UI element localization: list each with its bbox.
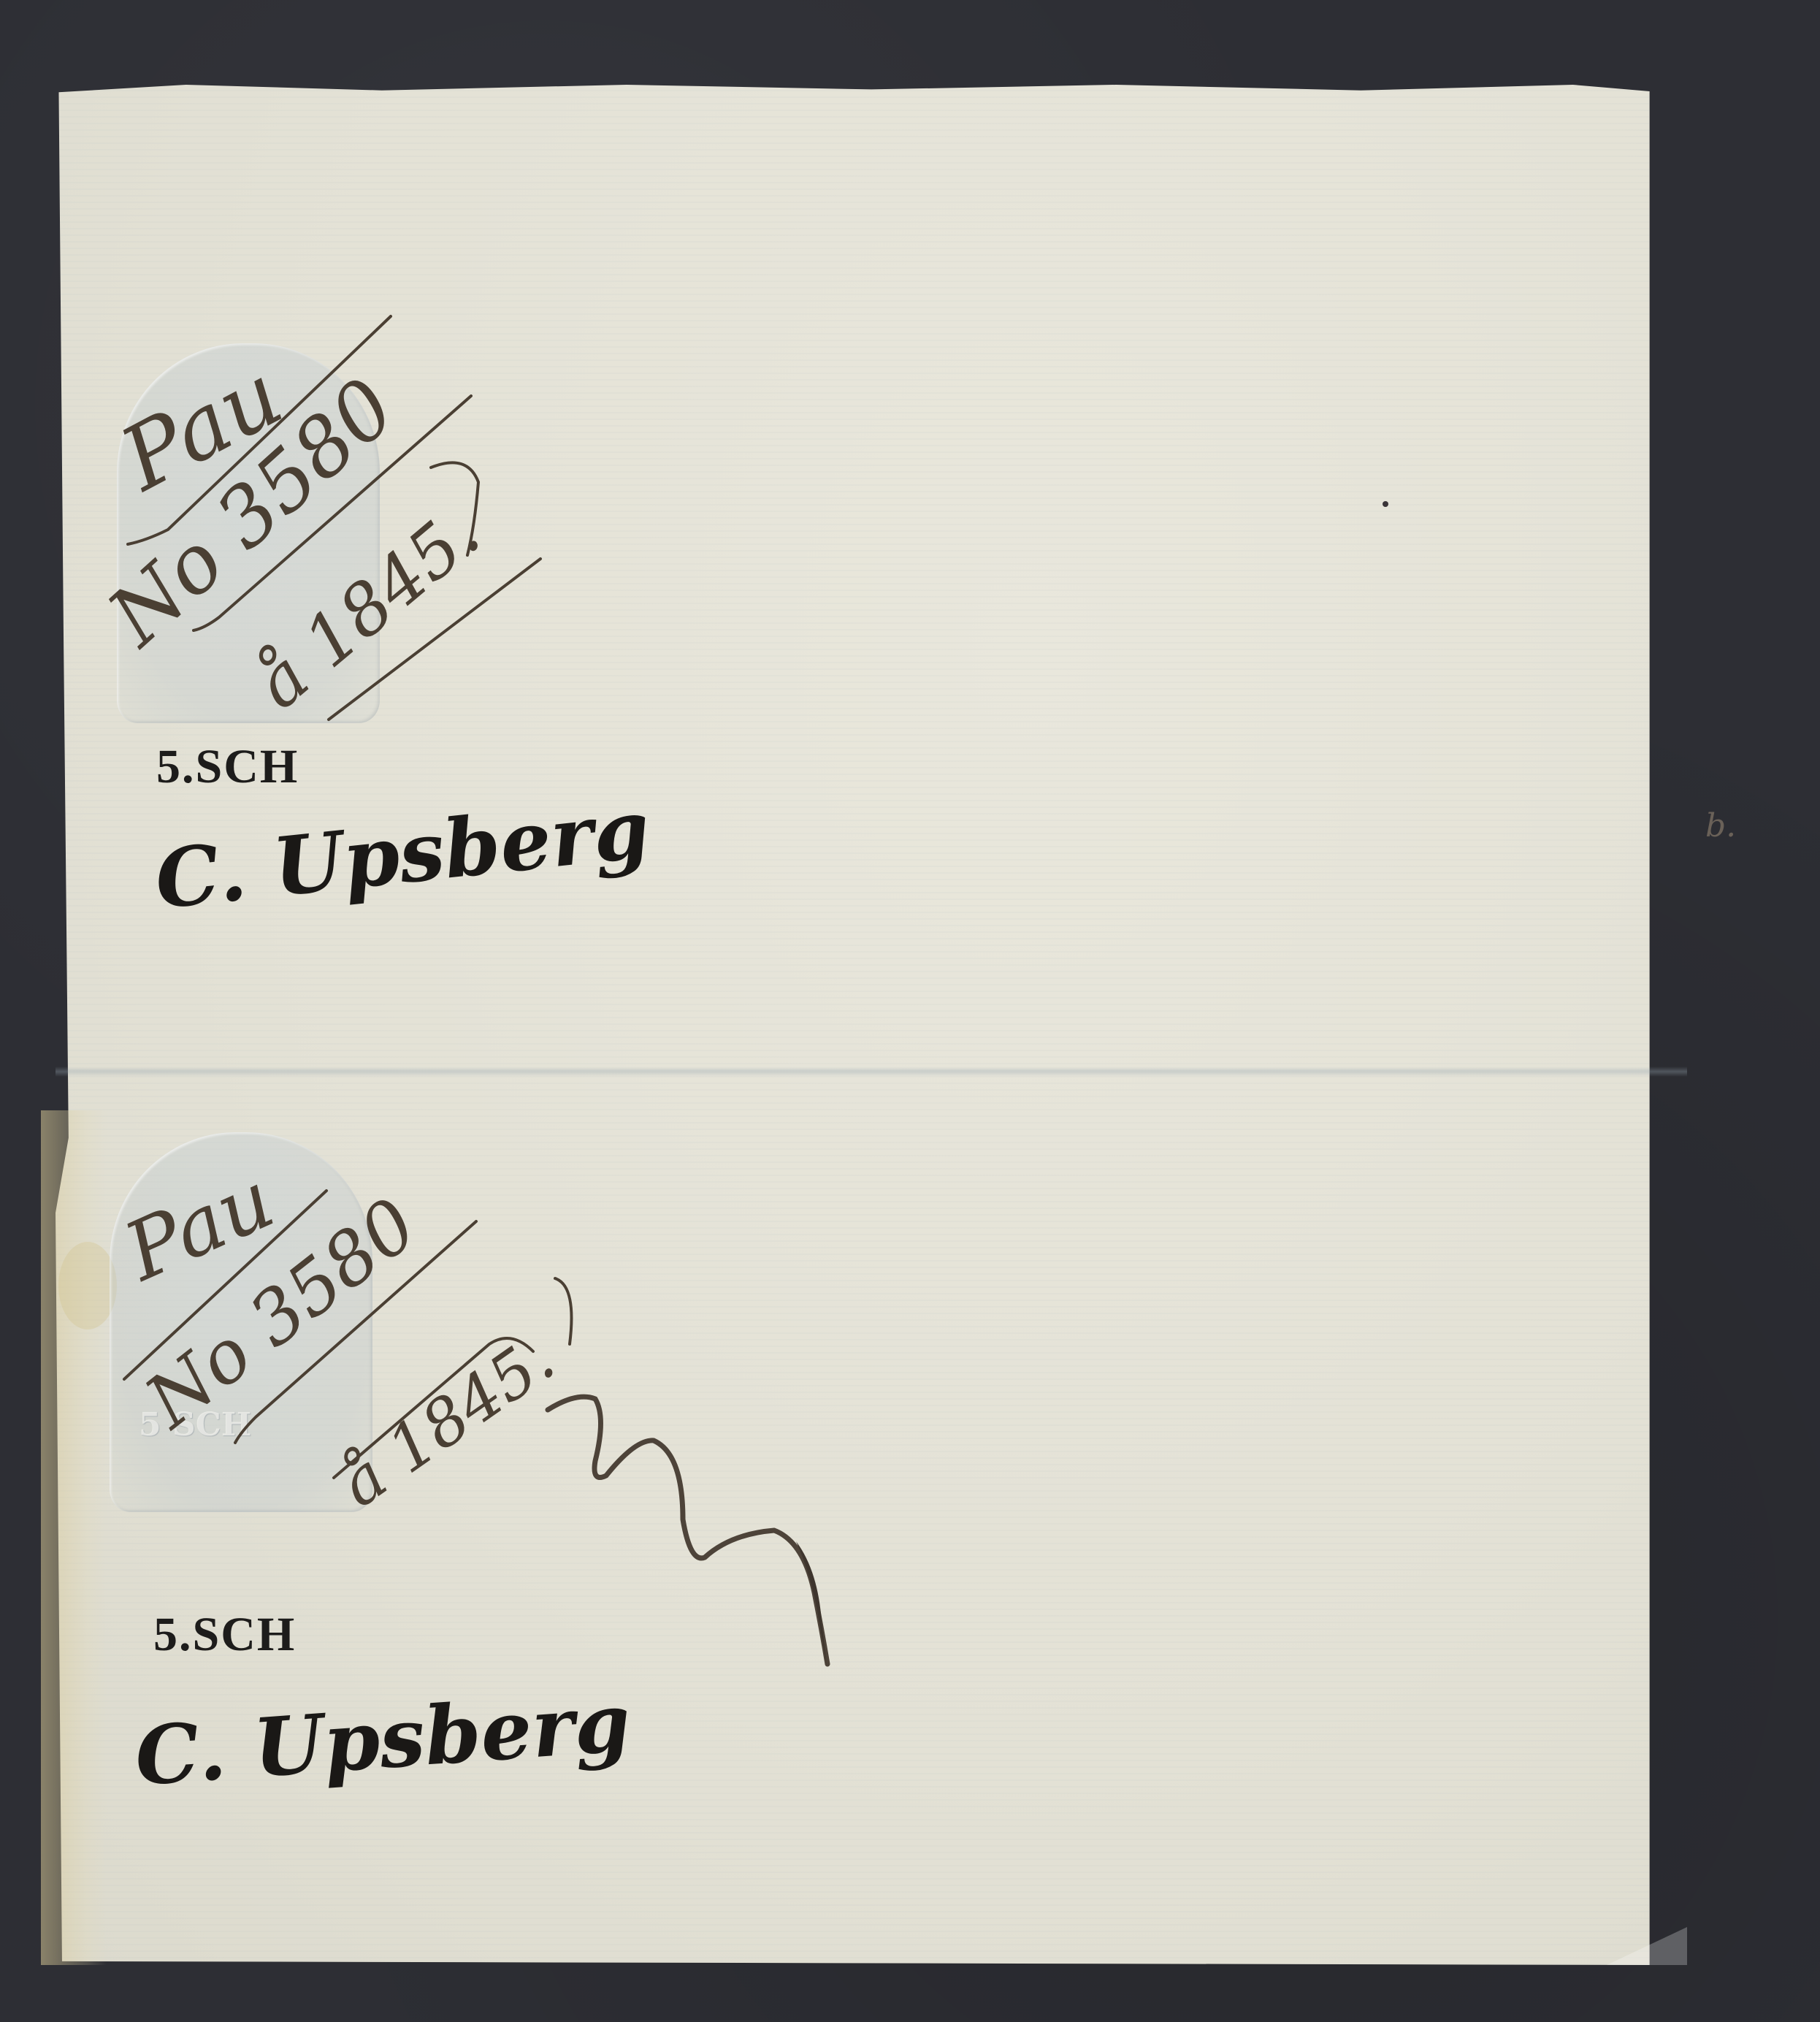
- stamp-value-lower: 5.SCH: [153, 1607, 296, 1663]
- paper-fold-line: [56, 1067, 1687, 1077]
- water-stain-blob: [58, 1242, 117, 1329]
- stamp-value-upper: 5.SCH: [156, 739, 299, 795]
- margin-note: b.: [1705, 807, 1736, 844]
- water-stain-left-edge: [41, 1110, 107, 1965]
